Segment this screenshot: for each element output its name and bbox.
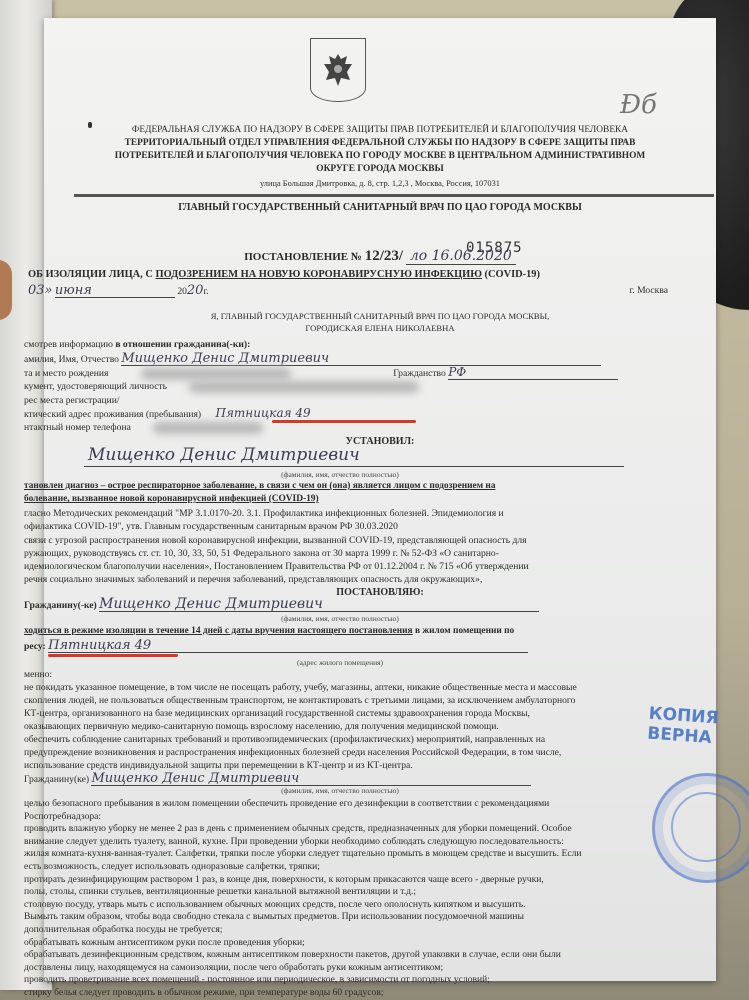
disinfection-line: обрабатывать дезинфекционным средством, … xyxy=(24,948,561,961)
basis-line-4: ружающих, руководствуясь ст. ст. 10, 30,… xyxy=(24,547,499,560)
department-line-3: ОКРУГЕ ГОРОДА МОСКВЫ xyxy=(44,163,716,176)
decree-subject-underlined: ПОДОЗРЕНИЕМ НА НОВУЮ КОРОНАВИРУСНУЮ ИНФЕ… xyxy=(155,269,481,280)
resolution-fio-caption-2: (фамилия, имя, отчество полностью) xyxy=(4,786,676,795)
decree-number: 12/23/ xyxy=(365,248,403,264)
disinfection-line: доставлены лицу, находящемуся на самоизо… xyxy=(24,961,443,974)
disinfection-line: жилая комната-кухня-ванная-туалет. Салфе… xyxy=(24,847,582,860)
agency-address: улица Большая Дмитровка, д. 8, стр. 1,2,… xyxy=(44,177,716,190)
handwritten-corner-note: Ɖб xyxy=(620,90,657,120)
rule-line: скопления людей, не пользоваться обществ… xyxy=(24,694,575,707)
date-month: июня xyxy=(55,284,175,298)
round-seal-icon xyxy=(652,773,749,883)
document-page: Ɖб ФЕДЕРАЛЬНАЯ СЛУЖБА ПО НАДЗОРУ В СФЕРЕ… xyxy=(44,18,716,981)
isolation-address-row: ресу: Пятницкая 49 xyxy=(24,639,528,653)
reg-address-label: рес места регистрации/ xyxy=(24,394,120,407)
id-doc-label: кумент, удостоверяющий личность xyxy=(24,381,167,392)
red-underline xyxy=(48,654,178,657)
fio-label: амилия, Имя, Отчество xyxy=(24,354,119,365)
decree-city: г. Москва xyxy=(629,284,668,297)
fio-row: амилия, Имя, Отчество Мищенко Денис Дмит… xyxy=(24,352,601,366)
disinfection-line: протирать дезинфицирующим раствором 1 ра… xyxy=(24,873,544,886)
disinfection-line: есть возможность, следует использовать о… xyxy=(24,860,320,873)
decree-subject: ОБ ИЗОЛЯЦИИ ЛИЦА, С ПОДОЗРЕНИЕМ НА НОВУЮ… xyxy=(28,269,700,280)
disinfection-line: дополнительная обработка посуды не требу… xyxy=(24,923,222,936)
date-year: 20 xyxy=(187,283,204,298)
finger xyxy=(0,260,12,320)
phone-label: нтактный номер телефона xyxy=(24,422,131,433)
issuer-line-2: ГОРОДИСКАЯ ЕЛЕНА НИКОЛАЕВНА xyxy=(44,322,716,335)
birth-row: та и место рождения Гражданство РФ xyxy=(24,366,618,380)
rule-line: предупреждение возникновения и распростр… xyxy=(24,746,561,759)
rule-line: обеспечить соблюдение санитарных требова… xyxy=(24,733,545,746)
coat-of-arms-icon xyxy=(310,38,366,102)
diagnosis-line-2: болевание, вызванное новой коронавирусно… xyxy=(24,493,319,506)
resolution-citizen-label-2: Гражданину(ке) xyxy=(24,774,89,785)
copy-certified-stamp: КОПИЯ ВЕРНА xyxy=(647,704,720,749)
diagnosis-line-1: тановлен диагноз – острое респираторное … xyxy=(24,480,496,493)
established-fio: Мищенко Денис Дмитриевич xyxy=(88,444,360,466)
decree-handwritten-date: ло 16.06.2020 xyxy=(406,248,516,265)
date-day: 03» xyxy=(28,283,53,298)
rule-line: КТ-центра, организованного на базе медиц… xyxy=(24,707,530,720)
basis-line-5: идемиологическом благополучии населения»… xyxy=(24,560,529,573)
established-fio-caption: (фамилия, имя, отчество полностью) xyxy=(4,470,676,479)
decree-date-row: 03» июня 2020г. г. Москва xyxy=(28,284,668,298)
basis-line-6: речня социально значимых заболеваний и п… xyxy=(24,573,482,586)
birth-label: та и место рождения xyxy=(24,368,108,379)
fio-underline xyxy=(84,466,624,467)
disinfection-line: проводить влажную уборку не менее 2 раз … xyxy=(24,822,572,835)
official-title: ГЛАВНЫЙ ГОСУДАРСТВЕННЫЙ САНИТАРНЫЙ ВРАЧ … xyxy=(44,201,716,214)
disinfection-line: полы, столы, спинки стульев, вентиляцион… xyxy=(24,885,416,898)
citizenship-value: РФ xyxy=(448,366,618,380)
disinfection-line: столовую посуду, утварь мыть с использов… xyxy=(24,898,526,911)
redacted-birth xyxy=(141,368,291,380)
agency-line: ФЕДЕРАЛЬНАЯ СЛУЖБА ПО НАДЗОРУ В СФЕРЕ ЗА… xyxy=(44,124,716,137)
disinfection-line: проводить проветривание всех помещений -… xyxy=(24,973,490,986)
basis-line-1: гласно Методических рекомендаций "МР 3.1… xyxy=(24,507,504,520)
isolation-line: ходиться в режиме изоляции в течение 14 … xyxy=(24,625,514,638)
disinfection-line: внимание следует уделить туалету, ванной… xyxy=(24,835,564,848)
resolution-citizen-row-2: Гражданину(ке) Мищенко Денис Дмитриевич xyxy=(24,772,531,786)
disinfection-line: Роспотребнадзора: xyxy=(24,810,101,823)
redacted-phone xyxy=(153,422,263,434)
disinfection-line: целью безопасного пребывания в жилом пом… xyxy=(24,797,549,810)
disinfection-line: обрабатывать кожным антисептиком руки по… xyxy=(24,936,305,949)
redacted-id-doc xyxy=(189,381,419,393)
disinfection-line: Вымыть таким образом, чтобы вода свободн… xyxy=(24,910,524,923)
fio-value: Мищенко Денис Дмитриевич xyxy=(121,352,601,366)
resolution-fio-value: Мищенко Денис Дмитриевич xyxy=(99,598,539,612)
isolation-address-value: Пятницкая 49 xyxy=(48,639,528,653)
resolution-fio-value-2: Мищенко Денис Дмитриевич xyxy=(91,772,531,786)
actual-address-value: Пятницкая 49 xyxy=(216,406,311,420)
id-doc-row: кумент, удостоверяющий личность xyxy=(24,380,419,393)
decree-title-prefix: ПОСТАНОВЛЕНИЕ № xyxy=(244,251,362,263)
citizen-intro: смотрев информацию в отношении гражданин… xyxy=(24,338,250,351)
resolution-citizen-label: Гражданину(-ке) xyxy=(24,600,97,611)
basis-line-2: офилактика COVID-19", утв. Главным госуд… xyxy=(24,520,398,533)
namely-label: менно: xyxy=(24,668,52,681)
department-line-2: ПОТРЕБИТЕЛЕЙ И БЛАГОПОЛУЧИЯ ЧЕЛОВЕКА ПО … xyxy=(44,150,716,163)
header-divider xyxy=(74,194,714,197)
red-underline xyxy=(272,420,416,423)
department-line-1: ТЕРРИТОРИАЛЬНЫЙ ОТДЕЛ УПРАВЛЕНИЯ ФЕДЕРАЛ… xyxy=(44,137,716,150)
isolation-address-label: ресу: xyxy=(24,641,46,652)
rule-line: не покидать указанное помещение, в том ч… xyxy=(24,681,577,694)
basis-line-3: связи с угрозой распространения новой ко… xyxy=(24,534,527,547)
resolution-fio-caption: (фамилия, имя, отчество полностью) xyxy=(4,614,676,623)
isolation-address-caption: (адрес жилого помещения) xyxy=(4,658,676,667)
rule-line: оказывающих первичную медико-санитарную … xyxy=(24,720,499,733)
citizenship-label: Гражданство xyxy=(393,368,446,379)
resolution-citizen-row: Гражданину(-ке) Мищенко Денис Дмитриевич xyxy=(24,598,539,612)
phone-row: нтактный номер телефона xyxy=(24,421,263,434)
decree-title: ПОСТАНОВЛЕНИЕ № 12/23/ ло 16.06.2020 xyxy=(44,248,716,265)
disinfection-line: стирку белья следует проводить в обычном… xyxy=(24,986,384,999)
actual-address-row: ктический адрес проживания (пребывания) … xyxy=(24,407,311,421)
actual-address-label: ктический адрес проживания (пребывания) xyxy=(24,409,201,420)
